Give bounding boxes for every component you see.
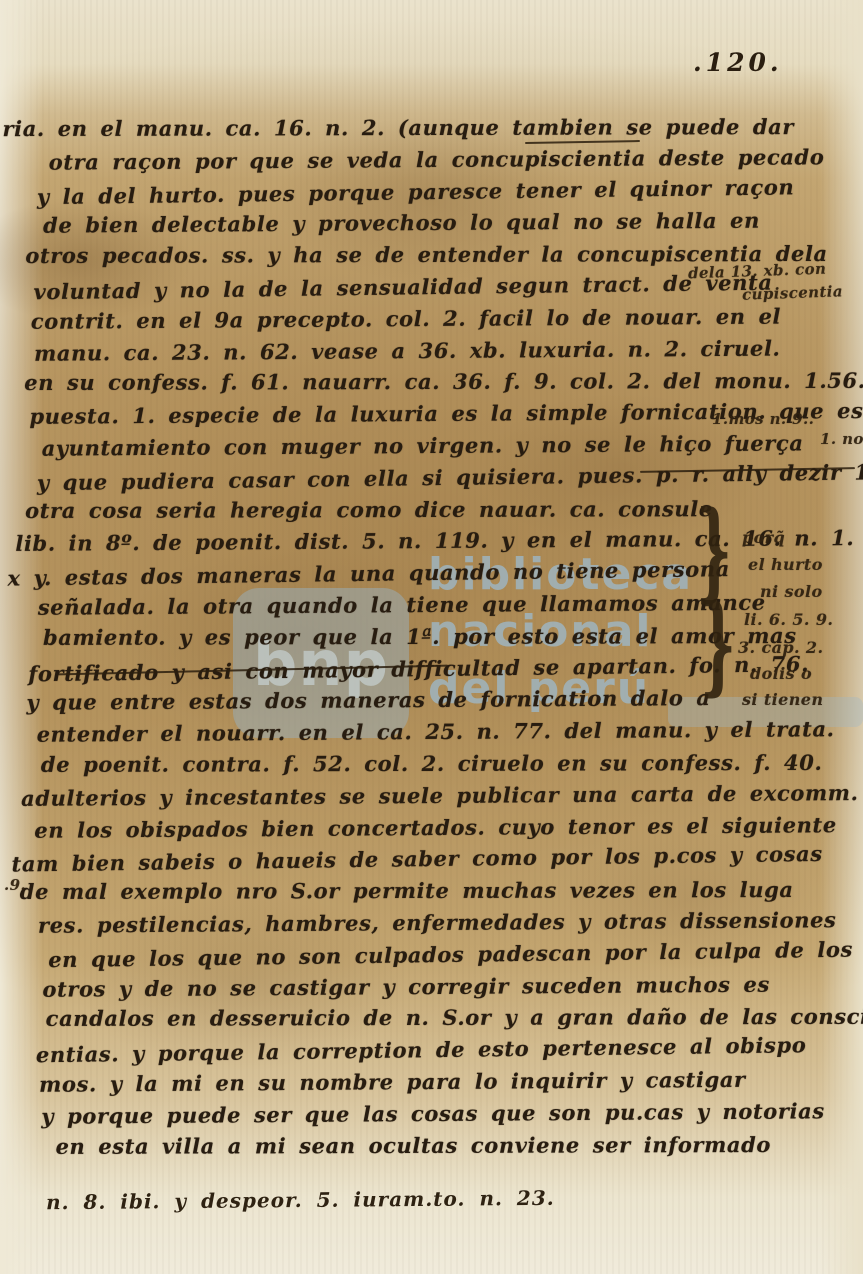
- margin-note: .9.: [4, 876, 26, 894]
- margin-note: 1. no: [820, 430, 863, 448]
- margin-brace: }: [700, 582, 736, 707]
- margin-note: li. 6. 5. 9.: [744, 610, 833, 629]
- manuscript-line: adulterios y incestantes se suele public…: [21, 777, 863, 815]
- margin-note: ni solo: [760, 582, 823, 601]
- margin-note: el hurto: [748, 555, 823, 574]
- margin-note: 1.mos n. 9..: [712, 410, 814, 428]
- manuscript-line: y porque puede ser que las cosas que son…: [41, 1095, 863, 1133]
- manuscript-page-scan: bnp biblioteca nacional del perú .120. r…: [0, 0, 863, 1274]
- manuscript-line: ria. en el manu. ca. 16. n. 2. (aunque t…: [2, 111, 859, 145]
- margin-note: dolis o: [750, 664, 812, 683]
- margin-note: si tienen: [742, 690, 823, 709]
- manuscript-line: manu. ca. 23. n. 62. vease a 36. xb. lux…: [34, 332, 861, 370]
- manuscript-line: de poenit. contra. f. 52. col. 2. ciruel…: [41, 747, 863, 781]
- manuscript-line: en su confess. f. 61. nauarr. ca. 36. f.…: [24, 365, 861, 399]
- manuscript-line: entender el nouarr. en el ca. 25. n. 77.…: [37, 713, 863, 751]
- manuscript-line: en esta villa a mi sean ocultas conviene…: [56, 1128, 863, 1162]
- manuscript-line: otra cosa seria heregia como dice nauar.…: [25, 492, 862, 526]
- manuscript-line: de mal exemplo nro S.or permite muchas v…: [20, 874, 863, 908]
- folio-number: .120.: [693, 48, 783, 77]
- footnote-reference: n. 8. ibi. y despeor. 5. iuram.to. n. 23…: [46, 1186, 555, 1214]
- margin-note: porq̃: [742, 528, 785, 547]
- margin-note: cupiscentia: [742, 282, 844, 304]
- margin-note: 3. cap. 2.: [738, 638, 823, 657]
